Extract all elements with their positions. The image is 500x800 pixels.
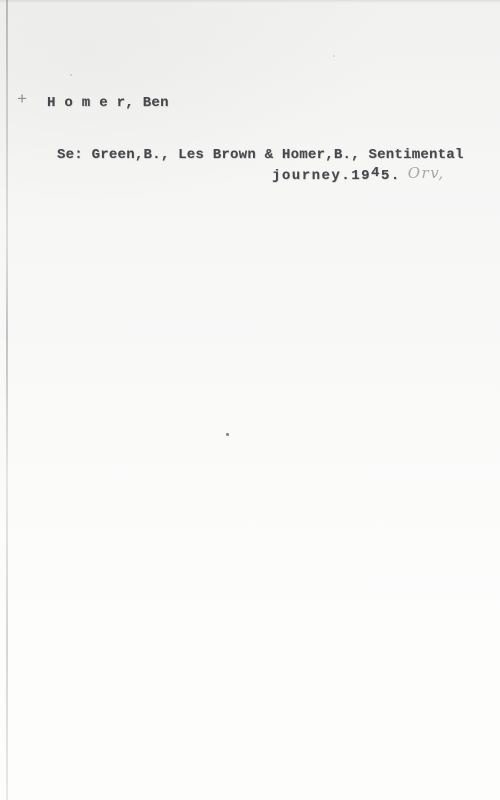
reference-line-2-typed-prefix: journey.19: [272, 168, 371, 184]
card-heading-author: H o m e r, Ben: [47, 96, 169, 110]
scan-left-edge-line: [6, 0, 8, 800]
handwritten-pencil-note: Orv,: [408, 164, 445, 182]
ink-speck: [226, 433, 229, 436]
reference-line-1: Se: Green,B., Les Brown & Homer,B., Sent…: [57, 148, 464, 162]
reference-line-2-typed-suffix: 5.: [381, 168, 401, 184]
paper-speck: [333, 55, 335, 57]
reference-line-2: journey.1945.Orv,: [272, 167, 445, 183]
raised-typewriter-digit: 4: [371, 166, 381, 180]
plus-pencil-mark: +: [17, 92, 27, 109]
paper-speck: [70, 74, 72, 76]
catalog-card: + H o m e r, Ben Se: Green,B., Les Brown…: [0, 0, 500, 800]
scan-top-shade: [0, 0, 500, 3]
